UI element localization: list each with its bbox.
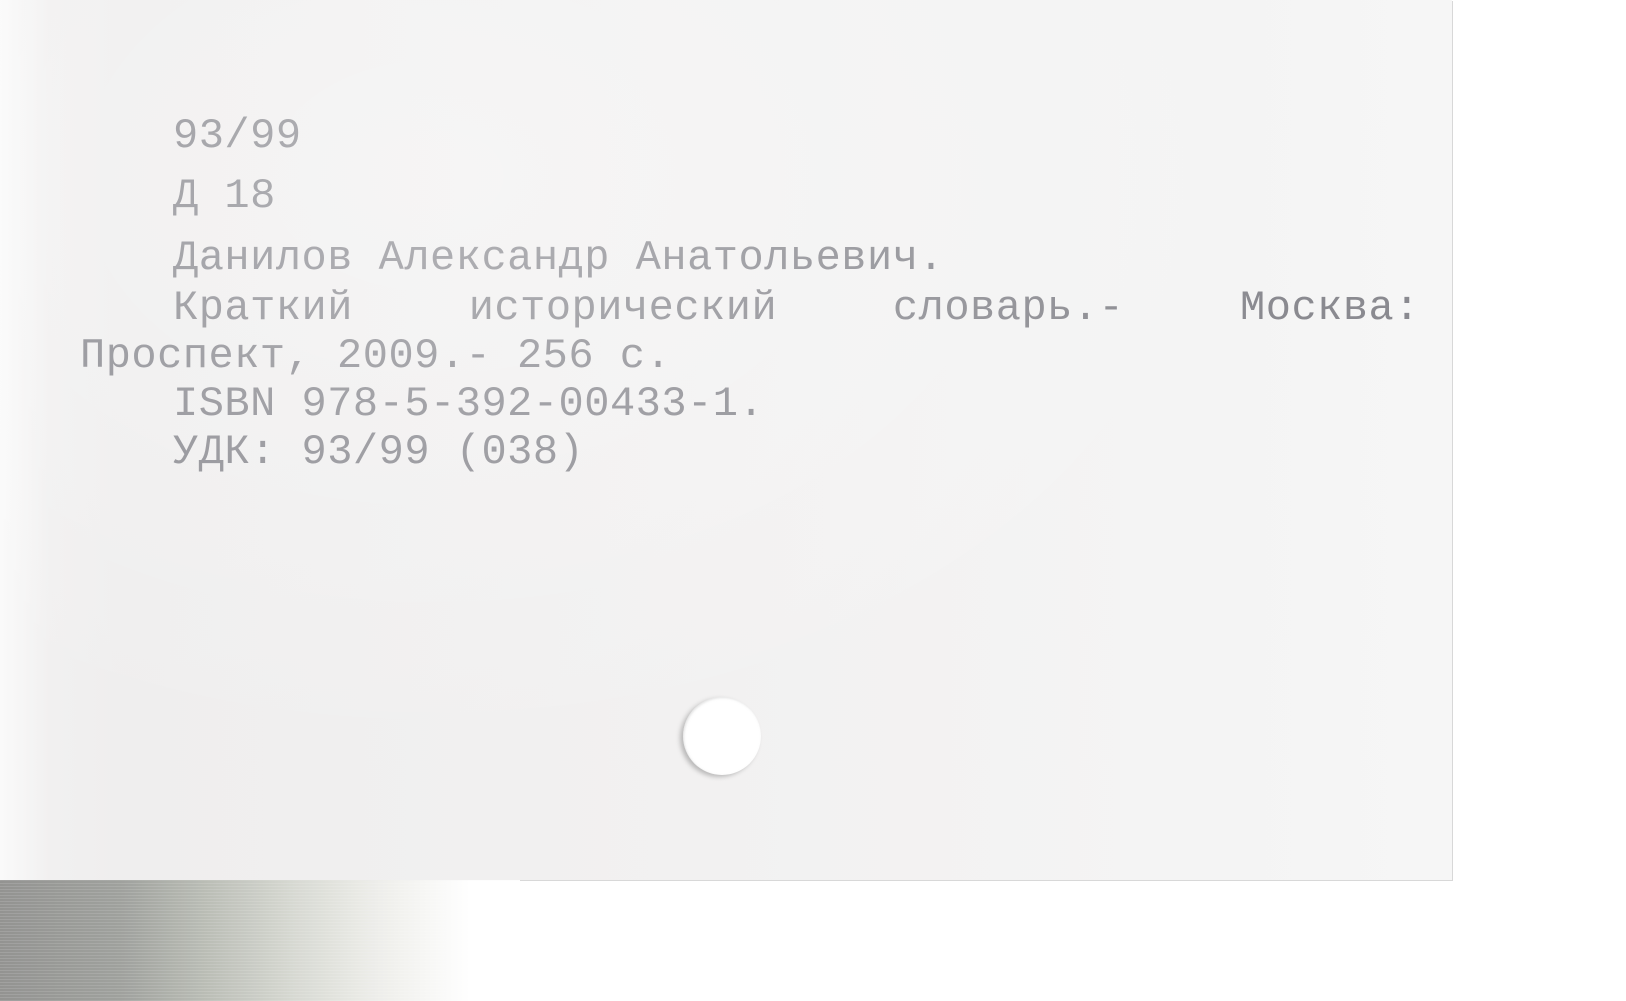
cutter-number: Д 18	[80, 172, 276, 220]
shelf-mark: 93/99	[80, 112, 302, 160]
punch-hole	[683, 697, 761, 775]
publication-place: Москва:	[1240, 284, 1420, 332]
scanned-catalog-card-page: 93/99 Д 18 Данилов Александр Анатольевич…	[0, 0, 1626, 1001]
title-word: Краткий	[173, 284, 353, 332]
publication-details: Проспект, 2009.- 256 с.	[80, 332, 671, 380]
library-catalog-card: 93/99 Д 18 Данилов Александр Анатольевич…	[0, 0, 1452, 880]
scanner-background-strip	[0, 880, 520, 1001]
udk-classification: УДК: 93/99 (038)	[80, 428, 584, 476]
title-word: словарь.-	[893, 284, 1124, 332]
title-line: Краткий исторический словарь.- Москва:	[80, 284, 1420, 332]
title-word: исторический	[469, 284, 777, 332]
isbn: ISBN 978-5-392-00433-1.	[80, 380, 764, 428]
author-heading: Данилов Александр Анатольевич.	[80, 234, 944, 282]
